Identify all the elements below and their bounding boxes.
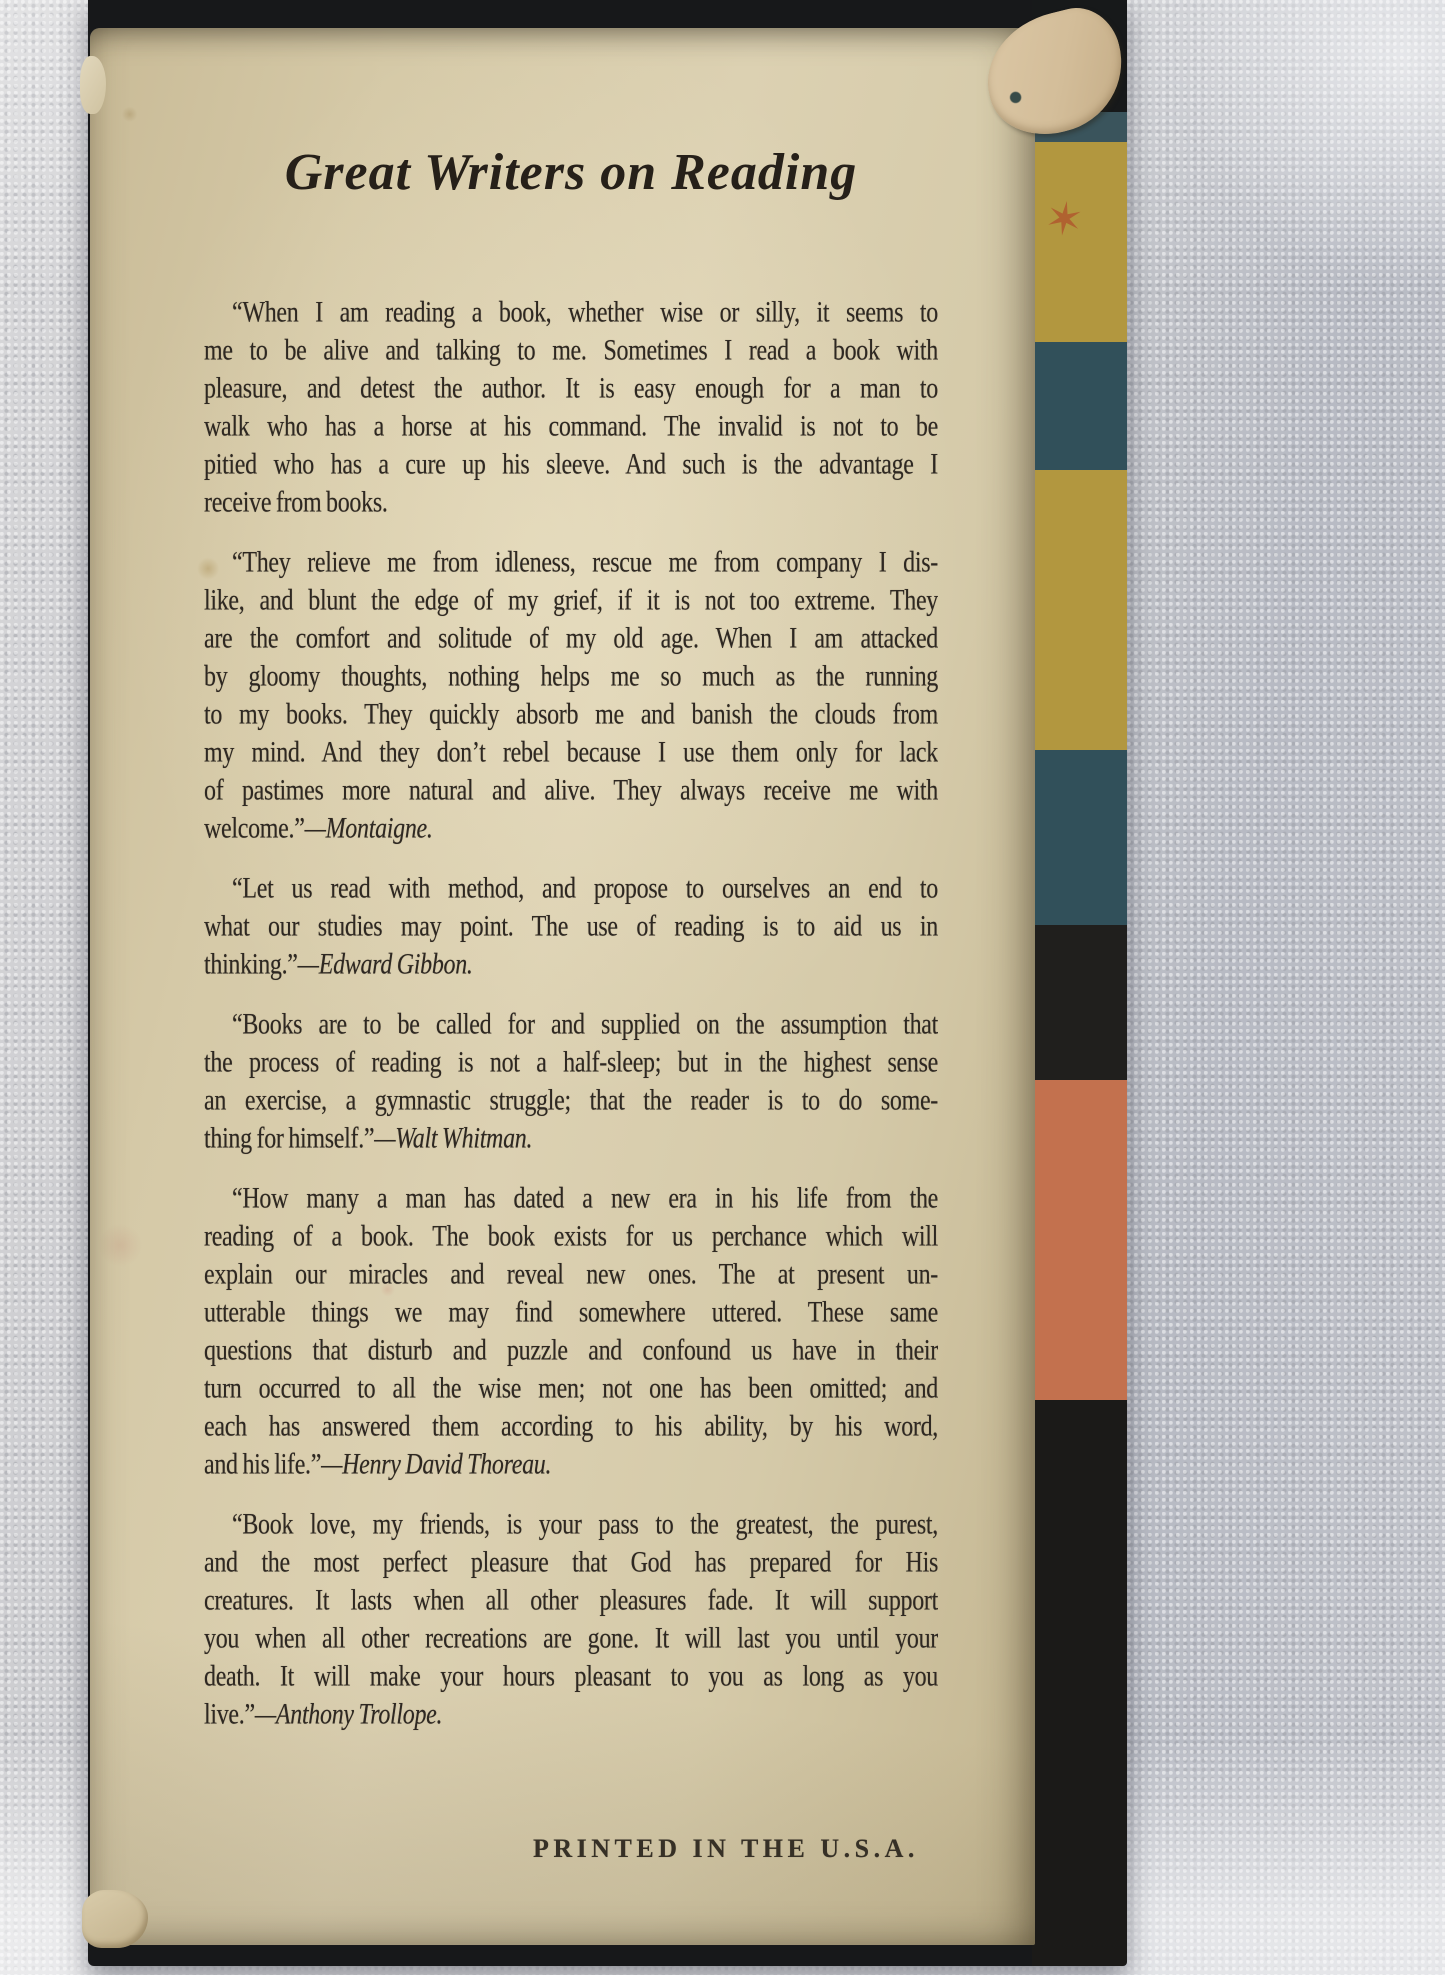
worn-corner-bottom-left — [82, 1890, 148, 1948]
jacket-content: Great Writers on Reading “When I am read… — [204, 28, 938, 1756]
quote-attribution: —Henry David Thoreau. — [321, 1449, 551, 1481]
quote-attribution: —Walt Whitman. — [374, 1123, 532, 1155]
quote-paragraph: “Let us read with method, and propose to… — [204, 870, 938, 984]
quote-line-last: thinking.”—Edward Gibbon. — [204, 942, 938, 988]
quote-line-last: receive from books. — [204, 480, 938, 526]
book: ✶ Great Writers on Reading “When I am re… — [88, 0, 1127, 1966]
dust-jacket: Great Writers on Reading “When I am read… — [90, 28, 1035, 1945]
quote-line-last: live.”—Anthony Trollope. — [204, 1692, 938, 1738]
spine-stripe — [1032, 470, 1127, 750]
quote-end-text: live.” — [204, 1699, 255, 1731]
quote-end-text: thinking.” — [204, 949, 298, 981]
page-title: Great Writers on Reading — [204, 136, 938, 210]
quote-paragraph: “How many a man has dated a new era in h… — [204, 1180, 938, 1484]
star-icon: ✶ — [1042, 194, 1087, 245]
quote-attribution: —Edward Gibbon. — [298, 949, 473, 981]
spine-stripe — [1032, 342, 1127, 470]
quote-paragraph: “When I am reading a book, whether wise … — [204, 294, 938, 522]
spine-stripes: ✶ — [1032, 0, 1127, 1966]
quote-end-text: thing for himself.” — [204, 1123, 374, 1155]
quote-attribution: —Montaigne. — [305, 813, 433, 845]
spine-stripe — [1032, 750, 1127, 925]
quotes: “When I am reading a book, whether wise … — [204, 294, 938, 1734]
quote-attribution: —Anthony Trollope. — [255, 1699, 442, 1731]
jacket-edge-tear — [80, 56, 106, 114]
quote-end-text: welcome.” — [204, 813, 305, 845]
spine-stripe — [1032, 925, 1127, 1080]
spine-stripe — [1032, 1080, 1127, 1400]
quote-line-last: and his life.”—Henry David Thoreau. — [204, 1442, 938, 1488]
printed-note: PRINTED IN THE U.S.A. — [533, 1834, 919, 1864]
quote-end-text: receive from books. — [204, 487, 388, 519]
quote-line-last: welcome.”—Montaigne. — [204, 806, 938, 852]
quote-paragraph: “They relieve me from idleness, rescue m… — [204, 544, 938, 848]
quote-line-last: thing for himself.”—Walt Whitman. — [204, 1116, 938, 1162]
photo-background: ✶ Great Writers on Reading “When I am re… — [0, 0, 1445, 1975]
spine-stripe — [1032, 1400, 1127, 1966]
quote-paragraph: “Book love, my friends, is your pass to … — [204, 1506, 938, 1734]
quote-end-text: and his life.” — [204, 1449, 321, 1481]
quote-paragraph: “Books are to be called for and supplied… — [204, 1006, 938, 1158]
